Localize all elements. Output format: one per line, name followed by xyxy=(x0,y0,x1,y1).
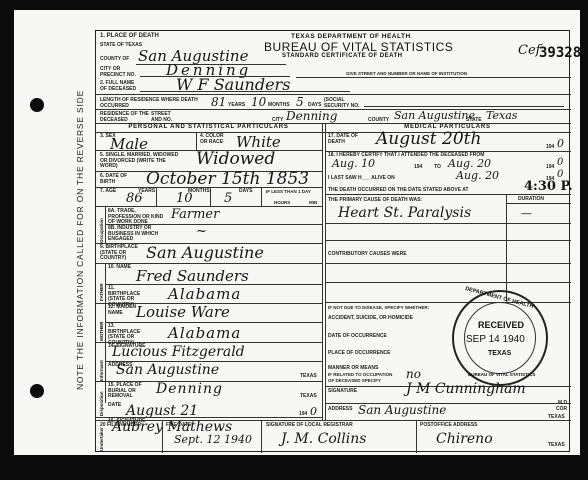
file-number-label: 20 FILE NUMBER xyxy=(100,423,141,429)
city-label: CITY OR PRECINCT NO. xyxy=(100,67,138,78)
texas-label: TEXAS xyxy=(548,443,565,449)
less-than-day-label: IF LESS THAN 1 DAY xyxy=(266,189,311,195)
accident-label: ACCIDENT, SUICIDE, OR HOMICIDE xyxy=(328,316,413,322)
place-occurrence-label: PLACE OF OCCURRENCE xyxy=(328,351,391,357)
registrar-signature-value: J. M. Collins xyxy=(281,431,366,447)
ssn-label: (SOCIAL SECURITY NO. xyxy=(324,98,364,109)
personal-header: PERSONAL AND STATISTICAL PARTICULARS xyxy=(96,124,321,130)
undertaker-section-label: Undertaker xyxy=(99,427,104,451)
time-of-death-value: 4:30 P. xyxy=(524,179,573,194)
father-name-value: Fred Saunders xyxy=(136,267,249,285)
texas-label: TEXAS xyxy=(300,374,317,380)
industry-label: 8B. INDUSTRY OR BUSINESS IN WHICH ENGAGE… xyxy=(108,226,168,243)
dob-value: October 15th 1853 xyxy=(146,169,309,189)
res-months-value: 10 xyxy=(251,95,266,109)
min-label: MIN xyxy=(309,200,317,206)
informant-signature-value: Lucious Fitzgerald xyxy=(112,344,245,360)
not-disease-label: IF NOT DUE TO DISEASE, SPECIFY WHETHER: xyxy=(328,305,429,311)
burial-place-label: 15. PLACE OF BURIAL OR REMOVAL xyxy=(108,383,148,400)
attended-to-year-value: 0 xyxy=(557,157,563,168)
street-hint: GIVE STREET AND NUMBER OR NAME OF INSTIT… xyxy=(346,71,467,77)
side-note: NOTE THE INFORMATION CALLED FOR ON THE R… xyxy=(75,90,85,390)
dept-title: TEXAS DEPARTMENT OF HEALTH xyxy=(291,33,411,40)
stamp-bureau: BUREAU OF VITAL STATISTICS xyxy=(468,372,535,377)
res-state-value: Texas xyxy=(486,109,517,122)
age-days-label: DAYS xyxy=(239,189,252,195)
death-year-value: 0 xyxy=(557,137,564,150)
registrar-label: SIGNATURE OF LOCAL REGISTRAR xyxy=(266,423,353,429)
cor-label: COR xyxy=(556,407,567,413)
informant-address-value: San Augustine xyxy=(116,362,219,378)
signature-label: SIGNATURE xyxy=(328,389,357,395)
physician-address-value: San Augustine xyxy=(358,403,446,417)
age-months-value: 10 xyxy=(176,191,193,206)
file-date-value: Sept. 12 1940 xyxy=(174,433,252,446)
certificate-title: STANDARD CERTIFICATE OF DEATH xyxy=(282,53,403,59)
year-suffix: 194 xyxy=(414,165,422,171)
punch-hole xyxy=(30,98,44,112)
received-stamp: DEPARTMENT OF HEALTH RECEIVED SEP 14 194… xyxy=(452,290,548,386)
primary-cause-value: Heart St. Paralysis xyxy=(338,205,471,221)
age-days-value: 5 xyxy=(224,191,232,206)
postoffice-label: POSTOFFICE ADDRESS xyxy=(420,423,478,429)
to-label: TO xyxy=(434,165,441,171)
street-label: STREET AND NO. xyxy=(151,112,181,123)
res-city-value: Denning xyxy=(286,109,337,123)
manner-label: MANNER OR MEANS xyxy=(328,366,378,372)
res-days-value: 5 xyxy=(296,95,304,109)
birthplace-label: 9. BIRTHPLACE (STATE OR COUNTRY) xyxy=(100,245,140,262)
texas-label: TEXAS xyxy=(300,394,317,400)
certificate-number: 39328 xyxy=(539,45,581,61)
industry-value: ~ xyxy=(196,224,207,239)
duration-value: — xyxy=(521,207,532,220)
father-birthplace-value: Alabama xyxy=(168,285,241,303)
birthplace-value: San Augustine xyxy=(146,243,264,262)
res-county-value: San Augustine xyxy=(394,109,475,122)
postoffice-value: Chireno xyxy=(436,431,493,447)
occupation-section-label: Occupation xyxy=(99,218,104,243)
marital-value: Widowed xyxy=(196,149,275,169)
last-saw-label: I LAST SAW H___ ALIVE ON xyxy=(328,176,395,182)
res-years-value: 81 xyxy=(211,95,226,109)
color-label: 4. COLOR OR RACE xyxy=(200,134,230,145)
age-label: 7. AGE xyxy=(100,189,116,195)
length-residence-label: LENGTH OF RESIDENCE WHERE DEATH OCCURRED xyxy=(100,98,200,109)
date-of-death-label: 17. DATE OF DEATH xyxy=(328,134,358,145)
place-of-death-label: 1. PLACE OF DEATH xyxy=(100,34,159,40)
address-label: ADDRESS xyxy=(328,407,352,413)
stamp-received: RECEIVED xyxy=(478,320,524,330)
date-of-death-value: August 20th xyxy=(376,129,481,149)
primary-cause-label: THE PRIMARY CAUSE OF DEATH WAS: xyxy=(328,198,422,204)
months-label: MONTHS xyxy=(268,103,290,109)
date-occurrence-label: DATE OF OCCURRENCE xyxy=(328,334,387,340)
attended-from-value: Aug. 10 xyxy=(332,157,375,170)
county-label: COUNTY OF xyxy=(100,57,129,63)
burial-place-value: Denning xyxy=(156,381,223,397)
duration-label: DURATION xyxy=(518,197,544,203)
stamp-state: TEXAS xyxy=(488,350,511,357)
file-date-label: FILE DATE xyxy=(166,423,191,429)
age-years-value: 86 xyxy=(126,191,143,206)
occupation-related-label: IF RELATED TO OCCUPATION OF DECEASED SPE… xyxy=(328,372,398,383)
stamp-date: SEP 14 1940 xyxy=(466,334,525,345)
mother-section-label: MOTHER xyxy=(99,322,104,342)
father-section-label: FATHER xyxy=(99,283,104,301)
mother-name-label: 12. MAIDEN NAME xyxy=(108,305,138,316)
marital-label: 5. SINGLE, MARRIED, WIDOWED OR DIVORCED … xyxy=(100,153,180,170)
year-suffix: 194 xyxy=(546,145,554,151)
death-certificate-form: 1. PLACE OF DEATH STATE OF TEXAS TEXAS D… xyxy=(95,30,570,452)
bureau-title: BUREAU OF VITAL STATISTICS xyxy=(264,40,453,54)
death-occurred-label: THE DEATH OCCURRED ON THE DATE STATED AB… xyxy=(328,188,469,194)
days-label: DAYS xyxy=(308,103,321,109)
occupation-related-value: no xyxy=(406,367,421,381)
disposition-section-label: Disposition xyxy=(99,392,104,417)
contributory-label: CONTRIBUTORY CAUSES WERE xyxy=(328,252,407,258)
mother-birthplace-value: Alabama xyxy=(168,324,241,342)
informant-section-label: Informant xyxy=(99,360,104,381)
trade-value: Farmer xyxy=(171,207,219,222)
mother-name-value: Louise Ware xyxy=(136,303,230,321)
initials: Cef xyxy=(518,43,540,58)
last-saw-value: Aug. 20 xyxy=(456,169,499,182)
years-label: YEARS xyxy=(228,103,245,109)
father-name-label: 10. NAME xyxy=(108,265,131,271)
burial-date-label: DATE xyxy=(108,403,121,409)
punch-hole xyxy=(30,384,44,398)
state-label: STATE OF TEXAS xyxy=(100,43,142,49)
dob-label: 6. DATE OF BIRTH xyxy=(100,174,130,185)
year-suffix: 194 xyxy=(546,165,554,171)
full-name-label: 2. FULL NAME OF DECEASED xyxy=(100,81,140,92)
hours-label: HOURS xyxy=(274,200,290,206)
residence-label: RESIDENCE OF THE DECEASED xyxy=(100,112,150,123)
